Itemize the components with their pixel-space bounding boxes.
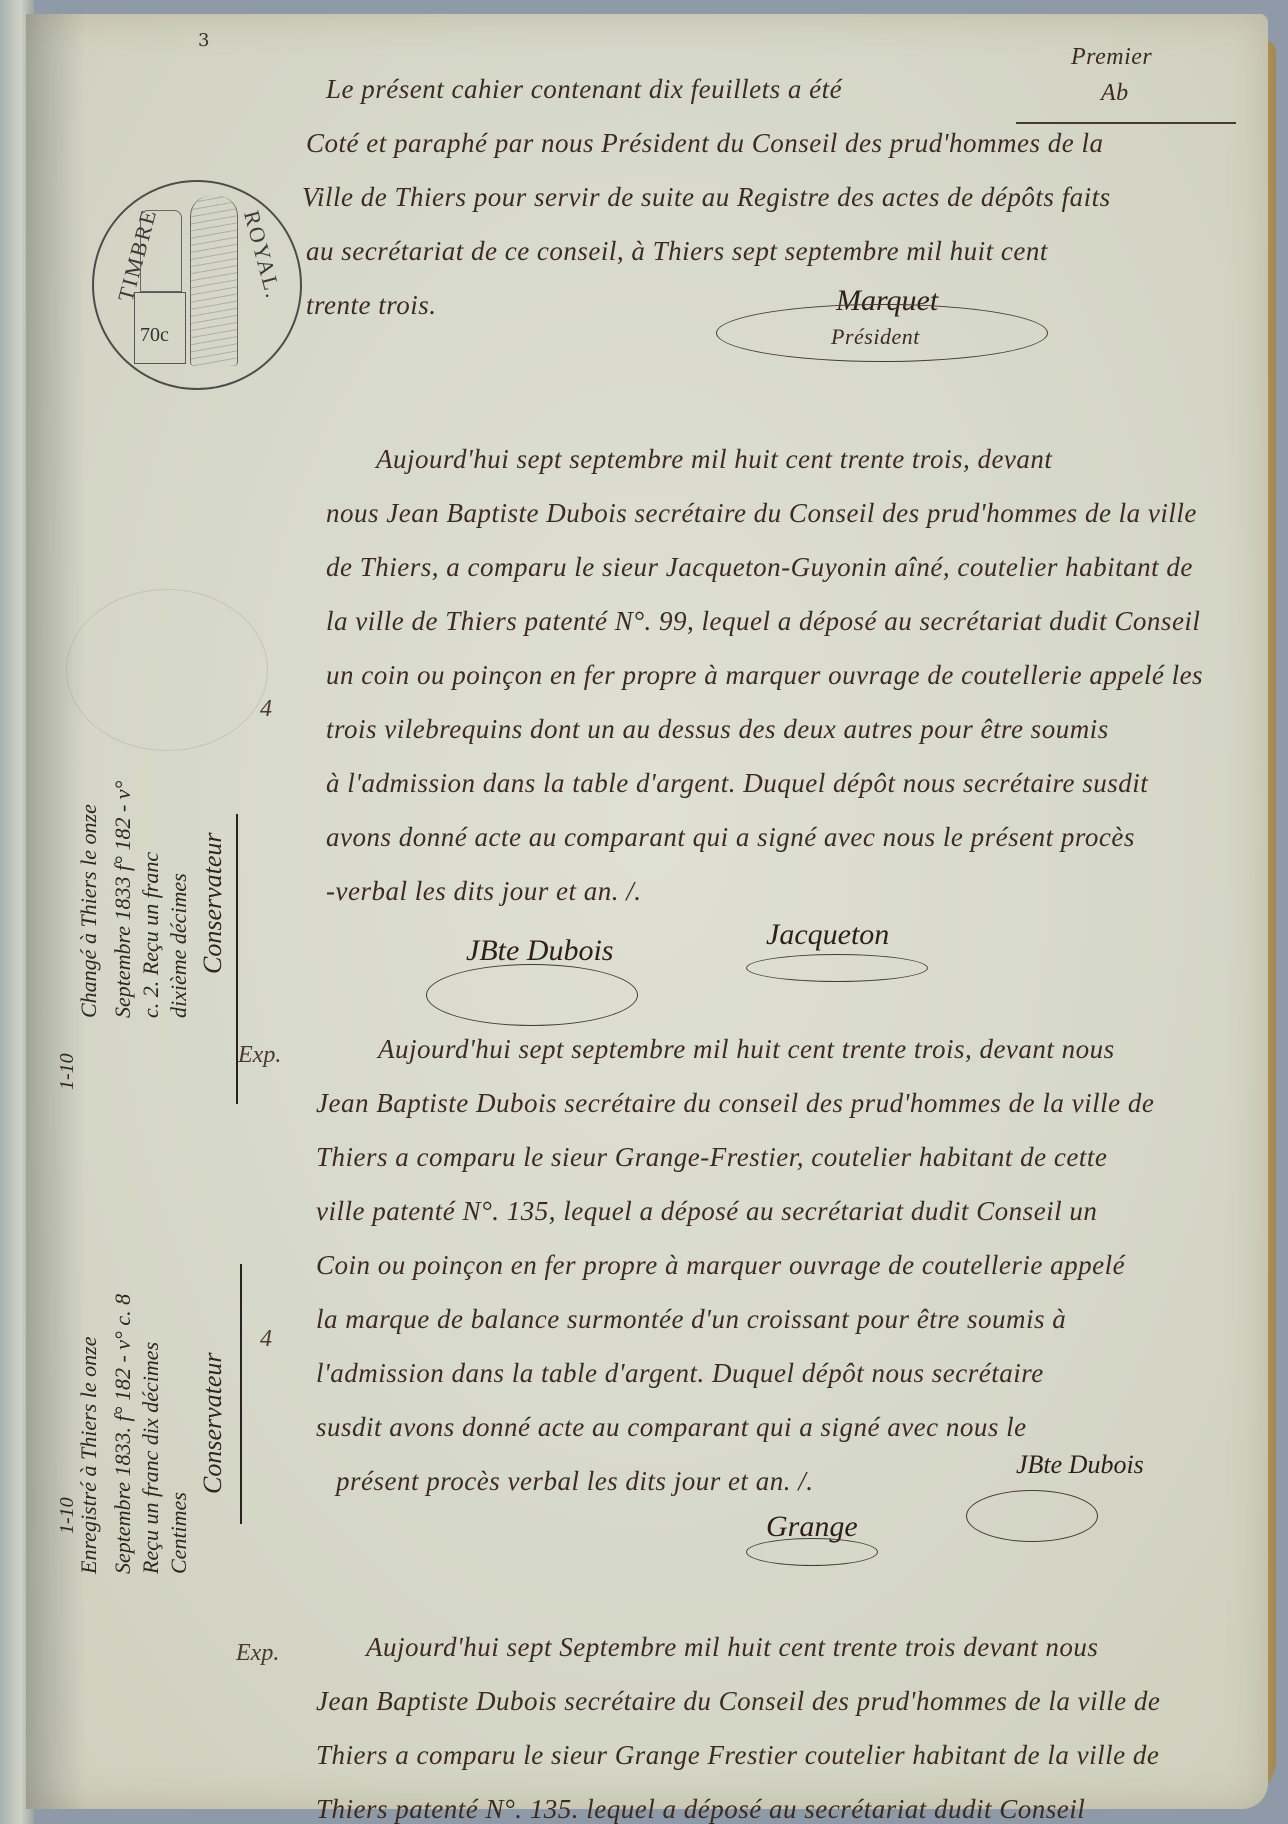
folio-number: 3 (198, 30, 209, 51)
margin-mark: Exp. (238, 1042, 281, 1069)
text-line: Le présent cahier contenant dix feuillet… (326, 74, 842, 105)
margin-line: Enregistré à Thiers le onze (76, 1337, 102, 1575)
margin-line: Septembre 1833. f° 182 - v° c. 8 (110, 1294, 136, 1574)
text-line: Coin ou poinçon en fer propre à marquer … (316, 1250, 1125, 1281)
margin-signature: Conservateur (198, 832, 228, 974)
text-line: un coin ou poinçon en fer propre à marqu… (326, 660, 1203, 691)
text-line: trois vilebrequins dont un au dessus des… (326, 714, 1109, 745)
text-line: Aujourd'hui sept septembre mil huit cent… (376, 444, 1052, 475)
margin-line: c. 2. Reçu un franc (138, 852, 164, 1018)
text-line: Thiers a comparu le sieur Grange Frestie… (316, 1740, 1159, 1771)
margin-label: 1-10 (56, 1053, 79, 1090)
manuscript-page: 3 TIMBRE ROYAL. 70c Premier Ab Le présen… (26, 14, 1268, 1809)
stamp-right-text: ROYAL. (238, 208, 287, 302)
margin-signature: Conservateur (198, 1352, 228, 1494)
text-line: Coté et paraphé par nous Président du Co… (306, 128, 1103, 159)
margin-line: Changé à Thiers le onze (76, 804, 102, 1018)
text-line: trente trois. (306, 290, 437, 321)
signature-flourish (716, 304, 1048, 362)
signature-jacqueton: Jacqueton (766, 918, 889, 952)
text-line: avons donné acte au comparant qui a sign… (326, 822, 1135, 853)
margin-rule (240, 1264, 242, 1524)
signature-dubois: JBte Dubois (466, 934, 613, 968)
signature-flourish (746, 1538, 878, 1566)
text-line: susdit avons donné acte au comparant qui… (316, 1412, 1027, 1443)
signature-flourish (746, 954, 928, 982)
signature-flourish (966, 1490, 1098, 1542)
faint-dry-stamp (66, 589, 268, 751)
margin-number: 4 (260, 1326, 272, 1353)
text-line: Thiers a comparu le sieur Grange-Frestie… (316, 1142, 1107, 1173)
text-line: -verbal les dits jour et an. /. (326, 876, 641, 907)
text-line: ville patenté N°. 135, lequel a déposé a… (316, 1196, 1097, 1227)
text-line: à l'admission dans la table d'argent. Du… (326, 768, 1148, 799)
margin-line: Centimes (166, 1492, 192, 1574)
signature-dubois: JBte Dubois (1016, 1450, 1144, 1480)
text-line: nous Jean Baptiste Dubois secrétaire du … (326, 498, 1197, 529)
text-line: au secrétariat de ce conseil, à Thiers s… (306, 236, 1048, 267)
allegorical-figure-icon (190, 196, 238, 366)
signature-flourish (426, 964, 638, 1026)
text-line: la marque de balance surmontée d'un croi… (316, 1304, 1066, 1335)
strike-through-mark (1016, 122, 1236, 124)
margin-mark: Exp. (236, 1640, 279, 1667)
stamp-value: 70c (140, 324, 169, 347)
margin-line: dixième décimes (166, 873, 192, 1018)
text-line: Thiers patenté N°. 135. lequel a déposé … (316, 1794, 1085, 1824)
text-line: de Thiers, a comparu le sieur Jacqueton-… (326, 552, 1193, 583)
margin-line: Septembre 1833 f° 182 - v° (110, 781, 136, 1018)
text-line: Jean Baptiste Dubois secrétaire du Conse… (316, 1686, 1160, 1717)
text-line: Ville de Thiers pour servir de suite au … (302, 182, 1111, 213)
timbre-royal-stamp: TIMBRE ROYAL. 70c (92, 180, 302, 390)
correction-premier: Premier (1071, 44, 1152, 71)
text-line: Aujourd'hui sept Septembre mil huit cent… (366, 1632, 1098, 1663)
text-line: la ville de Thiers patenté N°. 99, leque… (326, 606, 1200, 637)
correction-inserted: Ab (1101, 80, 1129, 107)
margin-line: Reçu un franc dix décimes (138, 1342, 164, 1574)
margin-mark: 4 (260, 696, 272, 723)
text-line: présent procès verbal les dits jour et a… (336, 1466, 813, 1497)
text-line: l'admission dans la table d'argent. Duqu… (316, 1358, 1044, 1389)
text-line: Jean Baptiste Dubois secrétaire du conse… (316, 1088, 1154, 1119)
text-line: Aujourd'hui sept septembre mil huit cent… (378, 1034, 1115, 1065)
margin-rule (236, 814, 238, 1104)
